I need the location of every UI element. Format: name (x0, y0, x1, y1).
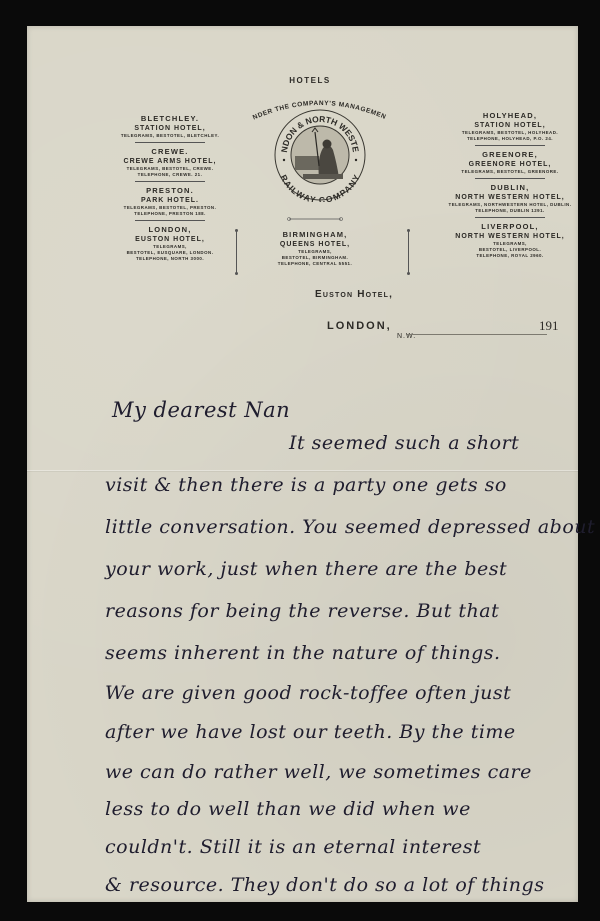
hotel-contact: TELEPHONE, HOLYHEAD, P.O. 24. (410, 136, 600, 142)
letter-line: couldn't. Still it is an eternal interes… (105, 836, 481, 858)
hotel-entry-preston: PRESTON. PARK HOTEL. TELEGRAMS, BESTOTEL… (75, 186, 265, 217)
hotel-town: PRESTON. (75, 186, 265, 196)
hotel-entry-crewe: CREWE. CREWE ARMS HOTEL, TELEGRAMS, BEST… (75, 147, 265, 178)
hotel-name: STATION HOTEL, (75, 124, 265, 133)
hotel-entry-birmingham: BIRMINGHAM, QUEENS HOTEL, TELEGRAMS, BES… (240, 230, 390, 267)
hotel-contact: TELEPHONE, DUBLIN 1291. (410, 208, 600, 214)
divider (475, 178, 545, 179)
hotel-entry-dublin: DUBLIN, NORTH WESTERN HOTEL, TELEGRAMS, … (410, 183, 600, 214)
letter-line: & resource. They don't do so a lot of th… (105, 874, 544, 896)
letter-line: after we have lost our teeth. By the tim… (105, 721, 516, 743)
hotel-entry-bletchley: BLETCHLEY. STATION HOTEL, TELEGRAMS, BES… (75, 114, 265, 139)
letter-line: little conversation. You seemed depresse… (105, 516, 595, 538)
letter-sheet: HOTELS UNDER THE COMPANY'S MANAGEMENT. L… (27, 26, 578, 902)
divider (475, 217, 545, 218)
divider (135, 142, 205, 143)
letter-line: seems inherent in the nature of things. (105, 642, 501, 664)
hotel-name: GREENORE HOTEL, (410, 160, 600, 169)
letter-line: your work, just when there are the best (105, 558, 507, 580)
column-divider (408, 231, 409, 273)
hotel-name: CREWE ARMS HOTEL, (75, 157, 265, 166)
letter-line: visit & then there is a party one gets s… (105, 474, 507, 496)
hotel-name: QUEENS HOTEL, (240, 240, 390, 249)
column-divider (236, 231, 237, 273)
hotel-town: GREENORE, (410, 150, 600, 160)
date-year-prefix: 191 (539, 318, 559, 334)
hotel-town: CREWE. (75, 147, 265, 157)
hotel-town: HOLYHEAD, (410, 111, 600, 121)
right-hotel-column: HOLYHEAD, STATION HOTEL, TELEGRAMS, BEST… (410, 111, 600, 259)
letter-line: It seemed such a short (289, 432, 519, 454)
letter-line: less to do well than we did when we (105, 798, 471, 820)
ornament-rule (285, 216, 345, 222)
hotel-town: DUBLIN, (410, 183, 600, 193)
hotel-contact: TELEPHONE, ROYAL 2960. (410, 253, 600, 259)
hotel-contact: TELEGRAMS, BESTOTEL, GREENORE. (410, 169, 600, 175)
letter-line: reasons for being the reverse. But that (105, 600, 499, 622)
hotel-name: NORTH WESTERN HOTEL, (410, 193, 600, 202)
date-line (407, 334, 547, 335)
hotel-town: BIRMINGHAM, (240, 230, 390, 240)
address-city: LONDON, (327, 320, 392, 332)
divider (135, 220, 205, 221)
hotel-contact: TELEPHONE, CREWE. 21. (75, 172, 265, 178)
hotel-entry-liverpool: LIVERPOOL, NORTH WESTERN HOTEL, TELEGRAM… (410, 222, 600, 259)
railway-seal-icon: LONDON & NORTH WESTERN RAILWAY COMPANY (273, 108, 367, 202)
hotel-town: LIVERPOOL, (410, 222, 600, 232)
fold-shadow (27, 471, 578, 472)
divider (475, 145, 545, 146)
letter-line: we can do rather well, we sometimes care (105, 761, 532, 783)
hotel-contact: TELEPHONE, PRESTON 188. (75, 211, 265, 217)
hotel-name: PARK HOTEL. (75, 196, 265, 205)
divider (135, 181, 205, 182)
salutation: My dearest Nan (112, 398, 290, 422)
hotel-entry-greenore: GREENORE, GREENORE HOTEL, TELEGRAMS, BES… (410, 150, 600, 175)
hotel-name: NORTH WESTERN HOTEL, (410, 232, 600, 241)
hotel-name: STATION HOTEL, (410, 121, 600, 130)
hotel-town: BLETCHLEY. (75, 114, 265, 124)
hotel-contact: TELEGRAMS, BESTOTEL, BLETCHLEY. (75, 133, 265, 139)
letter-line: We are given good rock-toffee often just (105, 682, 511, 704)
hotel-contact: TELEPHONE, CENTRAL 5551. (240, 261, 390, 267)
hotel-entry-holyhead: HOLYHEAD, STATION HOTEL, TELEGRAMS, BEST… (410, 111, 600, 142)
address-hotel: Euston Hotel, (315, 289, 393, 300)
